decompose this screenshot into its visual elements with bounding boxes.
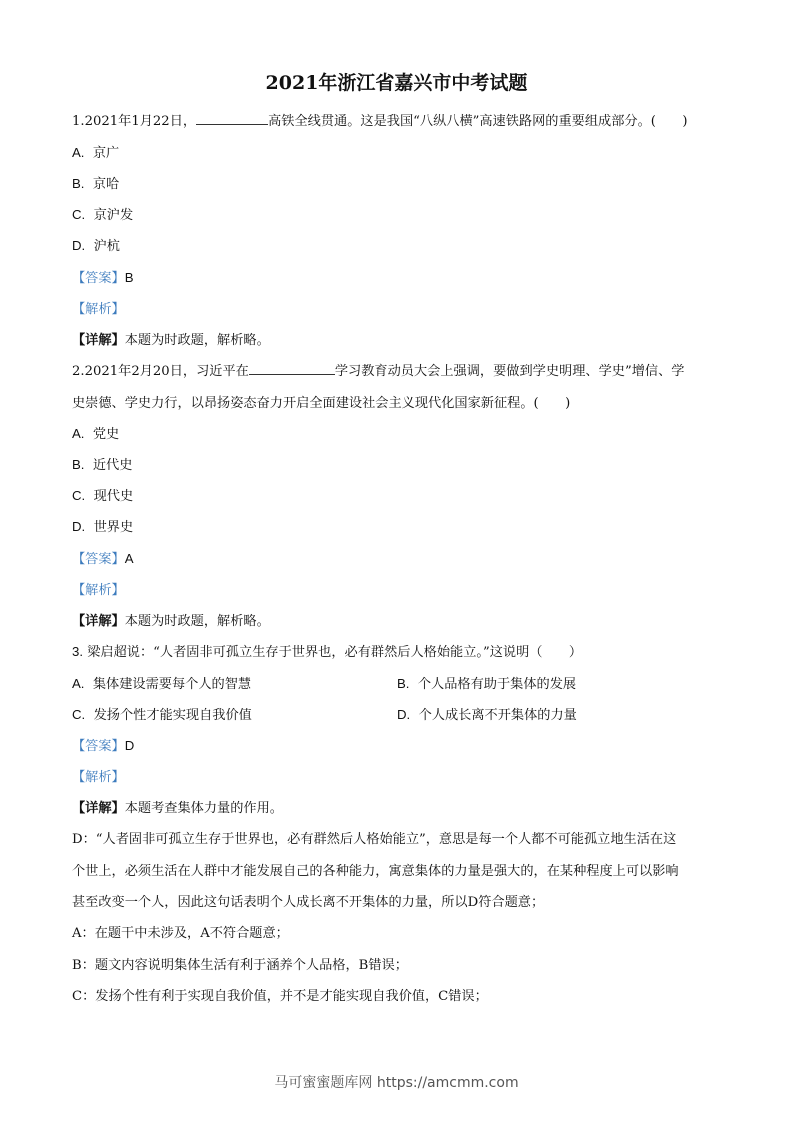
question-number: 1. — [72, 114, 85, 129]
question-1-analysis: 【解析】 — [72, 298, 125, 317]
question-1-option-c: C. 京沪发 — [72, 204, 133, 223]
question-2-answer: 【答案】A — [72, 548, 134, 567]
answer-value: B — [125, 270, 134, 285]
detail-label: 【详解】 — [72, 801, 125, 816]
page-title: 2021年浙江省嘉兴市中考试题 — [0, 68, 793, 95]
answer-label: 【答案】 — [72, 739, 125, 754]
question-2-detail: 【详解】本题为时政题，解析略。 — [72, 610, 270, 629]
question-3-stem: 3. 梁启超说：“人者固非可孤立生存于世界也，必有群然后人格始能立。”这说明（ … — [72, 641, 582, 660]
question-3-options-row1: A. 集体建设需要每个人的智慧 B. 个人品格有助于集体的发展 — [72, 673, 722, 692]
answer-value: D — [125, 738, 135, 753]
explanation-line: B：题文内容说明集体生活有利于涵养个人品格，B错误； — [72, 954, 408, 973]
question-number: 2. — [72, 364, 85, 379]
explanation-line: 甚至改变一个人，因此这句话表明个人成长离不开集体的力量，所以D符合题意； — [72, 891, 544, 910]
explanation-line: A：在题干中未涉及，A不符合题意； — [72, 922, 289, 941]
question-2-option-c: C. 现代史 — [72, 485, 133, 504]
question-3-answer: 【答案】D — [72, 735, 134, 754]
question-3-option-c: C. 发扬个性才能实现自我价值 — [72, 708, 252, 723]
question-1-detail: 【详解】本题为时政题，解析略。 — [72, 329, 270, 348]
question-3-option-a: A. 集体建设需要每个人的智慧 — [72, 677, 251, 692]
analysis-label: 【解析】 — [72, 302, 125, 317]
detail-label: 【详解】 — [72, 614, 125, 629]
question-1-option-d: D. 沪杭 — [72, 235, 120, 254]
question-1-option-b: B. 京哈 — [72, 173, 119, 192]
question-2-stem-line2: 史崇德、学史力行，以昂扬姿态奋力开启全面建设社会主义现代化国家新征程。( ) — [72, 392, 570, 411]
question-3-option-d: D. 个人成长离不开集体的力量 — [397, 704, 577, 723]
question-1-answer: 【答案】B — [72, 267, 134, 286]
footer-watermark: 马可蜜蜜题库网 https://amcmm.com — [0, 1072, 793, 1092]
question-1-option-a: A. 京广 — [72, 142, 119, 161]
question-2-option-a: A. 党史 — [72, 423, 119, 442]
explanation-line: C：发扬个性有利于实现自我价值，并不是才能实现自我价值，C错误； — [72, 985, 488, 1004]
analysis-label: 【解析】 — [72, 583, 125, 598]
question-1-stem: 1.2021年1月22日，高铁全线贯通。这是我国“八纵八横”高速铁路网的重要组成… — [72, 110, 687, 129]
question-3-detail: 【详解】本题考查集体力量的作用。 — [72, 797, 283, 816]
answer-value: A — [125, 551, 134, 566]
fill-blank — [196, 112, 268, 125]
question-number: 3. — [72, 644, 83, 659]
explanation-line: 个世上，必须生活在人群中才能发展自己的各种能力，寓意集体的力量是强大的，在某种程… — [72, 860, 679, 879]
question-2-option-d: D. 世界史 — [72, 516, 133, 535]
question-3-option-b: B. 个人品格有助于集体的发展 — [397, 673, 576, 692]
fill-blank — [249, 362, 335, 375]
question-3-options-row2: C. 发扬个性才能实现自我价值 D. 个人成长离不开集体的力量 — [72, 704, 722, 723]
question-2-analysis: 【解析】 — [72, 579, 125, 598]
detail-label: 【详解】 — [72, 333, 125, 348]
question-2-stem: 2.2021年2月20日，习近平在学习教育动员大会上强调，要做到学史明理、学史”… — [72, 360, 684, 379]
question-3-analysis: 【解析】 — [72, 766, 125, 785]
analysis-label: 【解析】 — [72, 770, 125, 785]
explanation-line: D：“人者固非可孤立生存于世界也，必有群然后人格始能立”，意思是每一个人都不可能… — [72, 828, 676, 847]
answer-label: 【答案】 — [72, 552, 125, 567]
question-2-option-b: B. 近代史 — [72, 454, 132, 473]
answer-label: 【答案】 — [72, 271, 125, 286]
